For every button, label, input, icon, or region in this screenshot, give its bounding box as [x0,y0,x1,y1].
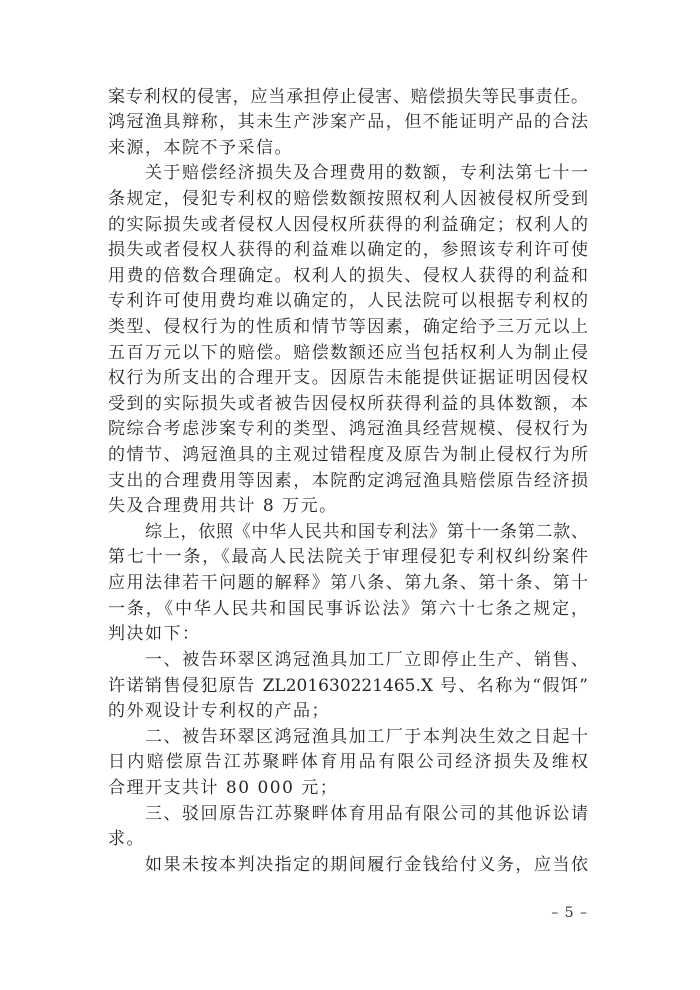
paragraph-damages-amount: 关于赔偿经济损失及合理费用的数额，专利法第七十一 条规定，侵犯专利权的赔偿数额按… [108,161,588,520]
text-line: 类型、侵权行为的性质和情节等因素，确定给予三万元以上 [108,315,588,341]
document-page: 案专利权的侵害，应当承担停止侵害、赔偿损失等民事责任。 鸿冠渔具辩称，其未生产涉… [0,0,700,990]
text-line: 受到的实际损失或者被告因侵权所获得利益的具体数额，本 [108,392,588,418]
text-line: 日内赔偿原告江苏聚畔体育用品有限公司经济损失及维权 [108,750,588,776]
paragraph-judgment-item-1: 一、被告环翠区鸿冠渔具加工厂立即停止生产、销售、 许诺销售侵犯原告 ZL2016… [108,648,588,725]
text-line: 失及合理费用共计 8 万元。 [108,494,588,520]
text-line: 一条，《中华人民共和国民事诉讼法》第六十七条之规定， [108,597,588,623]
text-line: 院综合考虑涉案专利的类型、鸿冠渔具经营规模、侵权行为 [108,417,588,443]
text-line: 的情节、鸿冠渔具的主观过错程度及原告为制止侵权行为所 [108,443,588,469]
page-number: – 5 – [551,903,588,923]
text-line: 专利许可使用费均难以确定的，人民法院可以根据专利权的 [108,289,588,315]
text-line: 的实际损失或者侵权人因侵权所获得的利益确定；权利人的 [108,213,588,239]
paragraph-judgment-item-2: 二、被告环翠区鸿冠渔具加工厂于本判决生效之日起十 日内赔偿原告江苏聚畔体育用品有… [108,725,588,802]
text-line: 求。 [108,827,588,853]
paragraph-legal-basis: 综上，依照《中华人民共和国专利法》第十一条第二款、 第七十一条，《最高人民法院关… [108,520,588,648]
text-line: 案专利权的侵害，应当承担停止侵害、赔偿损失等民事责任。 [108,85,588,111]
text-line: 关于赔偿经济损失及合理费用的数额，专利法第七十一 [108,161,588,187]
text-line: 损失或者侵权人获得的利益难以确定的，参照该专利许可使 [108,238,588,264]
text-line: 合理开支共计 80 000 元； [108,776,588,802]
text-line: 二、被告环翠区鸿冠渔具加工厂于本判决生效之日起十 [108,725,588,751]
text-line: 应用法律若干问题的解释》第八条、第九条、第十条、第十 [108,571,588,597]
text-line: 来源，本院不予采信。 [108,136,588,162]
text-line: 第七十一条，《最高人民法院关于审理侵犯专利权纠纷案件 [108,545,588,571]
text-line: 支出的合理费用等因素，本院酌定鸿冠渔具赔偿原告经济损 [108,469,588,495]
paragraph-liability-continuation: 案专利权的侵害，应当承担停止侵害、赔偿损失等民事责任。 鸿冠渔具辩称，其未生产涉… [108,85,588,162]
text-line: 五百万元以下的赔偿。赔偿数额还应当包括权利人为制止侵 [108,341,588,367]
text-line: 如果未按本判决指定的期间履行金钱给付义务，应当依 [108,853,588,879]
text-line: 条规定，侵犯专利权的赔偿数额按照权利人因被侵权所受到 [108,187,588,213]
paragraph-payment-obligation: 如果未按本判决指定的期间履行金钱给付义务，应当依 [108,853,588,879]
text-line: 权行为所支出的合理开支。因原告未能提供证据证明因侵权 [108,366,588,392]
text-line: 判决如下： [108,622,588,648]
text-line: 许诺销售侵犯原告 ZL201630221465.X 号、名称为“假饵” [108,674,588,700]
text-line: 综上，依照《中华人民共和国专利法》第十一条第二款、 [108,520,588,546]
text-line: 的外观设计专利权的产品； [108,699,588,725]
text-line: 鸿冠渔具辩称，其未生产涉案产品，但不能证明产品的合法 [108,110,588,136]
document-body: 案专利权的侵害，应当承担停止侵害、赔偿损失等民事责任。 鸿冠渔具辩称，其未生产涉… [108,85,588,879]
text-line: 三、驳回原告江苏聚畔体育用品有限公司的其他诉讼请 [108,802,588,828]
text-line: 用费的倍数合理确定。权利人的损失、侵权人获得的利益和 [108,264,588,290]
paragraph-judgment-item-3: 三、驳回原告江苏聚畔体育用品有限公司的其他诉讼请 求。 [108,802,588,853]
text-line: 一、被告环翠区鸿冠渔具加工厂立即停止生产、销售、 [108,648,588,674]
